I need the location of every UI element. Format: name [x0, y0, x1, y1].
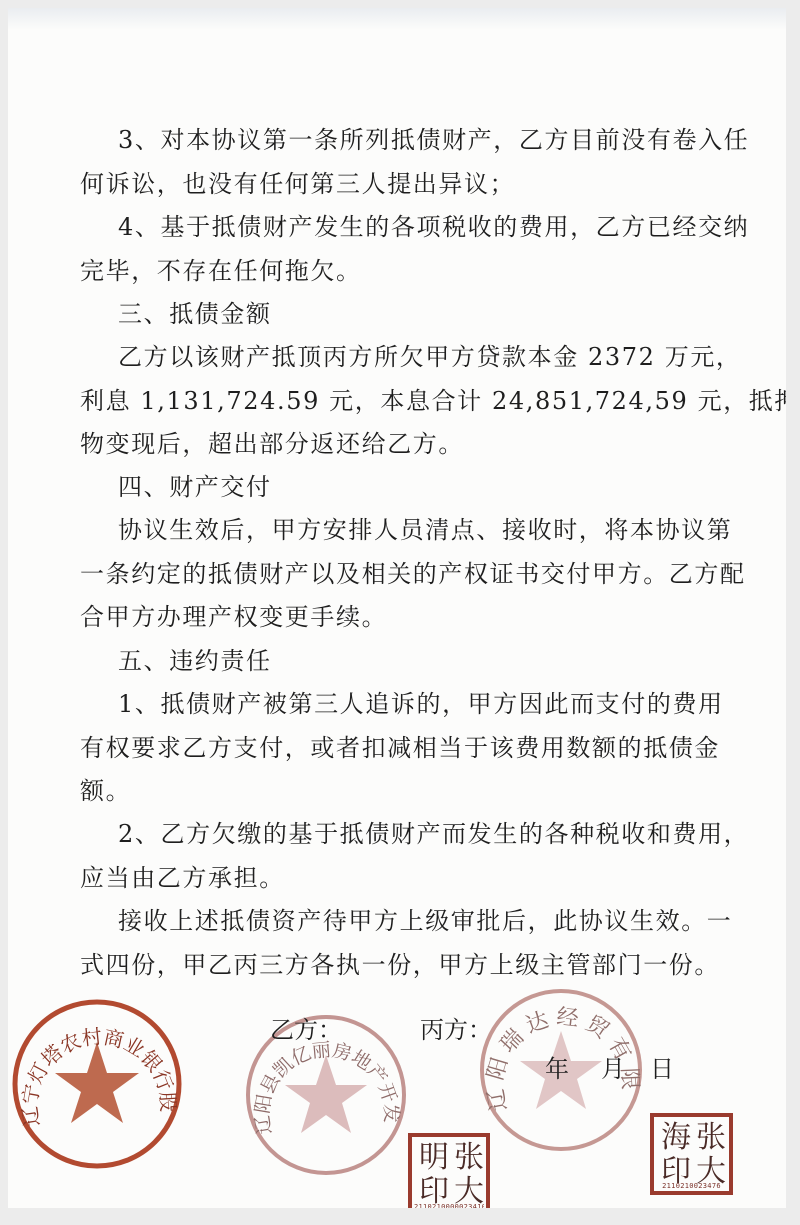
seal-bank-graphic: 辽宁灯塔农村商业银行股份有限公司	[10, 997, 184, 1171]
document-line: 式四份，甲乙丙三方各执一份，甲方上级主管部门一份。	[80, 950, 720, 980]
document-line: 应当由乙方承担。	[80, 863, 285, 893]
date-month-label: 月	[601, 1054, 625, 1084]
seal-serial: 2110210023476	[656, 1182, 727, 1190]
seal-serial: 2110210000023410	[414, 1203, 484, 1208]
party-b-label: 乙方：	[270, 1015, 342, 1045]
party-c-label: 丙方：	[420, 1015, 492, 1045]
seal-char: 张	[696, 1123, 726, 1153]
document-line: 4、基于抵债财产发生的各项税收的费用，乙方已经交纳	[118, 212, 749, 242]
document-line: 有权要求乙方支付，或者扣减相当于该费用数额的抵债金	[80, 733, 720, 763]
document-line: 完毕，不存在任何拖欠。	[80, 256, 362, 286]
document-line: 协议生效后，甲方安排人员清点、接收时，将本协议第	[118, 515, 732, 545]
document-line: 乙方以该财产抵顶丙方所欠甲方贷款本金 2372 万元，	[118, 342, 742, 372]
document-line: 合甲方办理产权变更手续。	[80, 602, 387, 632]
scan-smudge	[8, 8, 786, 30]
document-line: 3、对本协议第一条所列抵债财产，乙方目前没有卷入任	[118, 125, 749, 155]
date-year-label: 年	[545, 1054, 569, 1084]
document-line: 1、抵债财产被第三人追诉的，甲方因此而支付的费用	[118, 689, 724, 719]
document-line: 利息 1,131,724.59 元，本息合计 24,851,724,59 元，抵…	[80, 386, 786, 416]
seal-bank: 辽宁灯塔农村商业银行股份有限公司	[10, 997, 184, 1171]
personal-seal-zhang-dahai: 张 大 海 印 2110210023476	[650, 1113, 733, 1195]
document-line: 2、乙方欠缴的基于抵债财产而发生的各种税收和费用，	[118, 819, 749, 849]
document-line: 四、财产交付	[118, 472, 272, 502]
document-line: 额。	[80, 776, 131, 806]
personal-seal-zhang-daming: 张 大 明 印 2110210000023410	[408, 1133, 490, 1208]
document-line: 一条约定的抵债财产以及相关的产权证书交付甲方。乙方配	[80, 559, 746, 589]
date-day-label: 日	[650, 1054, 674, 1084]
document-line: 何诉讼，也没有任何第三人提出异议；	[80, 169, 515, 199]
document-line: 五、违约责任	[118, 646, 272, 676]
seal-char: 张	[454, 1143, 484, 1173]
document-line: 三、抵债金额	[118, 299, 272, 329]
document-line: 物变现后，超出部分返还给乙方。	[80, 429, 464, 459]
document-page: 3、对本协议第一条所列抵债财产，乙方目前没有卷入任何诉讼，也没有任何第三人提出异…	[8, 8, 786, 1208]
document-line: 接收上述抵债资产待甲方上级审批后，此协议生效。一	[118, 906, 732, 936]
seal-char: 明	[419, 1143, 449, 1173]
seal-char: 海	[661, 1123, 691, 1153]
